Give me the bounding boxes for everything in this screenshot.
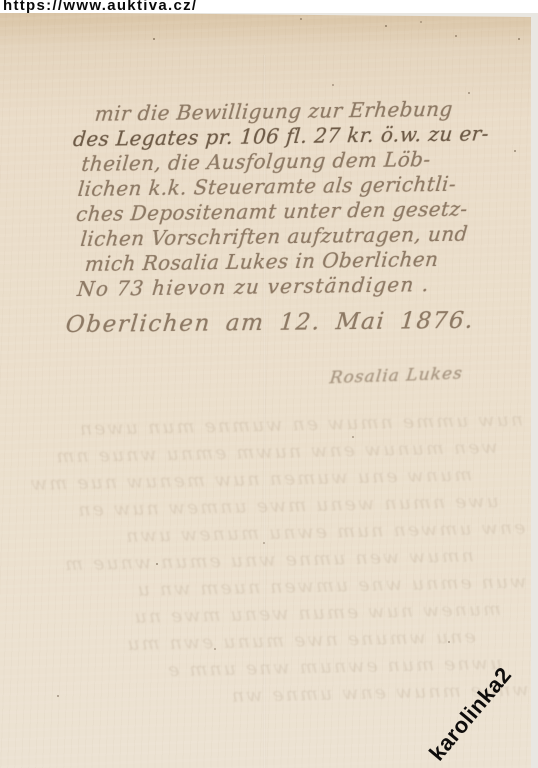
screenshot-root: https://www.auktiva.cz/ nuw umme nmuw en… [0, 0, 538, 768]
ink-bleedthrough: nuw umme nmuw en wumne mun uwen wen munu… [3, 407, 529, 715]
bleedthrough-line: munw enu wumen nuw menuw nue mw [4, 462, 472, 499]
bleedthrough-line: uwne mun ewnum wne unm e [8, 650, 502, 687]
handwriting-line: No 73 hievon zu verständigen . [74, 271, 532, 302]
url-bar: https://www.auktiva.cz/ [0, 0, 538, 13]
bleedthrough-line: wun emnu wne umwen nuem wn u [6, 569, 526, 607]
bleedthrough-line: enu wmune nwe munu ewn mu [7, 624, 475, 661]
bleedthrough-line: munew nuw emun wenu mwe nu [7, 596, 501, 633]
date-line: Oberlichen am 12. Mai 1876. [65, 308, 476, 338]
bleedthrough-line: wnue mnuw enw umne wn [9, 677, 529, 715]
bleedthrough-line: uwe nmun wenu mwe unmew nuw en [5, 488, 499, 525]
scanned-letter: nuw umme nmuw en wumne mun uwen wen munu… [0, 0, 531, 768]
signature: Rosalia Lukes [329, 364, 464, 389]
bleedthrough-line: wen munuw enw nuwm emnu wnue nm [4, 434, 498, 471]
handwriting-block: mir die Bewilligung zur Erhebung des Leg… [73, 96, 532, 302]
url-text: https://www.auktiva.cz/ [3, 0, 197, 13]
bleedthrough-line: nmuw wen umne wnu emun wnue m [6, 543, 474, 580]
